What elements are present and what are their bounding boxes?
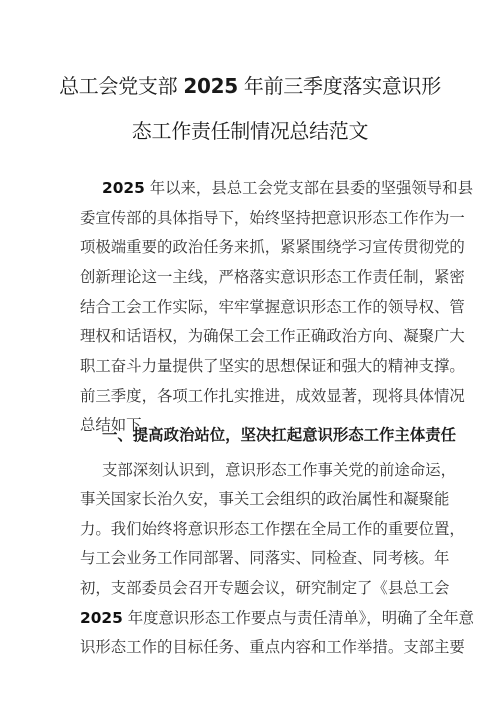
section-1-year: 2025 <box>80 609 123 627</box>
section-1-line-4: 与工会业务工作同部署、同落实、同检查、同考核。年 <box>80 548 422 568</box>
title-text-post: 年前三季度落实意识形 <box>244 74 441 98</box>
document-title-line-1: 总工会党支部 2025 年前三季度落实意识形 <box>0 70 500 99</box>
intro-line-8: 前三季度，各项工作扎实推进，成效显著，现将具体情况 <box>80 386 422 406</box>
title-text-pre: 总工会党支部 <box>59 74 177 98</box>
document-title-line-2: 态工作责任制情况总结范文 <box>0 115 500 144</box>
section-1-line-2: 事关国家长治久安，事关工会组织的政治属性和凝聚能 <box>80 489 422 509</box>
section-1-line-1: 支部深刻认识到，意识形态工作事关党的前途命运， <box>102 460 422 480</box>
intro-line-5: 结合工会工作实际，牢牢掌握意识形态工作的领导权、管 <box>80 297 422 317</box>
section-1-line-7: 识形态工作的目标任务、重点内容和工作举措。支部主要 <box>80 637 422 657</box>
section-1-line-3: 力。我们始终将意识形态工作摆在全局工作的重要位置， <box>80 519 422 539</box>
intro-line-6: 理权和话语权，为确保工会工作正确政治方向、凝聚广大 <box>80 326 422 346</box>
intro-year: 2025 <box>102 179 145 197</box>
intro-line-2: 委宣传部的具体指导下，始终坚持把意识形态工作作为一 <box>80 208 422 228</box>
intro-line-1-text: 年以来，县总工会党支部在县委的坚强领导和县 <box>150 179 473 197</box>
intro-line-1: 2025 年以来，县总工会党支部在县委的坚强领导和县 <box>102 178 422 198</box>
intro-line-7: 职工奋斗力量提供了坚实的思想保证和强大的精神支撑。 <box>80 356 422 376</box>
section-1-line-5: 初，支部委员会召开专题会议，研究制定了《县总工会 <box>80 578 422 598</box>
intro-line-3: 项极端重要的政治任务来抓，紧紧围绕学习宣传贯彻党的 <box>80 237 422 257</box>
section-1-line-6-text: 年度意识形态工作要点与责任清单》，明确了全年意 <box>128 609 474 627</box>
intro-line-4: 创新理论这一主线，严格落实意识形态工作责任制，紧密 <box>80 267 422 287</box>
section-1-line-6: 2025 年度意识形态工作要点与责任清单》，明确了全年意 <box>80 608 422 628</box>
title-year: 2025 <box>183 74 237 98</box>
section-1-heading: 一、提高政治站位，坚决扛起意识形态工作主体责任 <box>102 425 422 445</box>
document-page: 总工会党支部 2025 年前三季度落实意识形 态工作责任制情况总结范文 2025… <box>0 0 500 708</box>
